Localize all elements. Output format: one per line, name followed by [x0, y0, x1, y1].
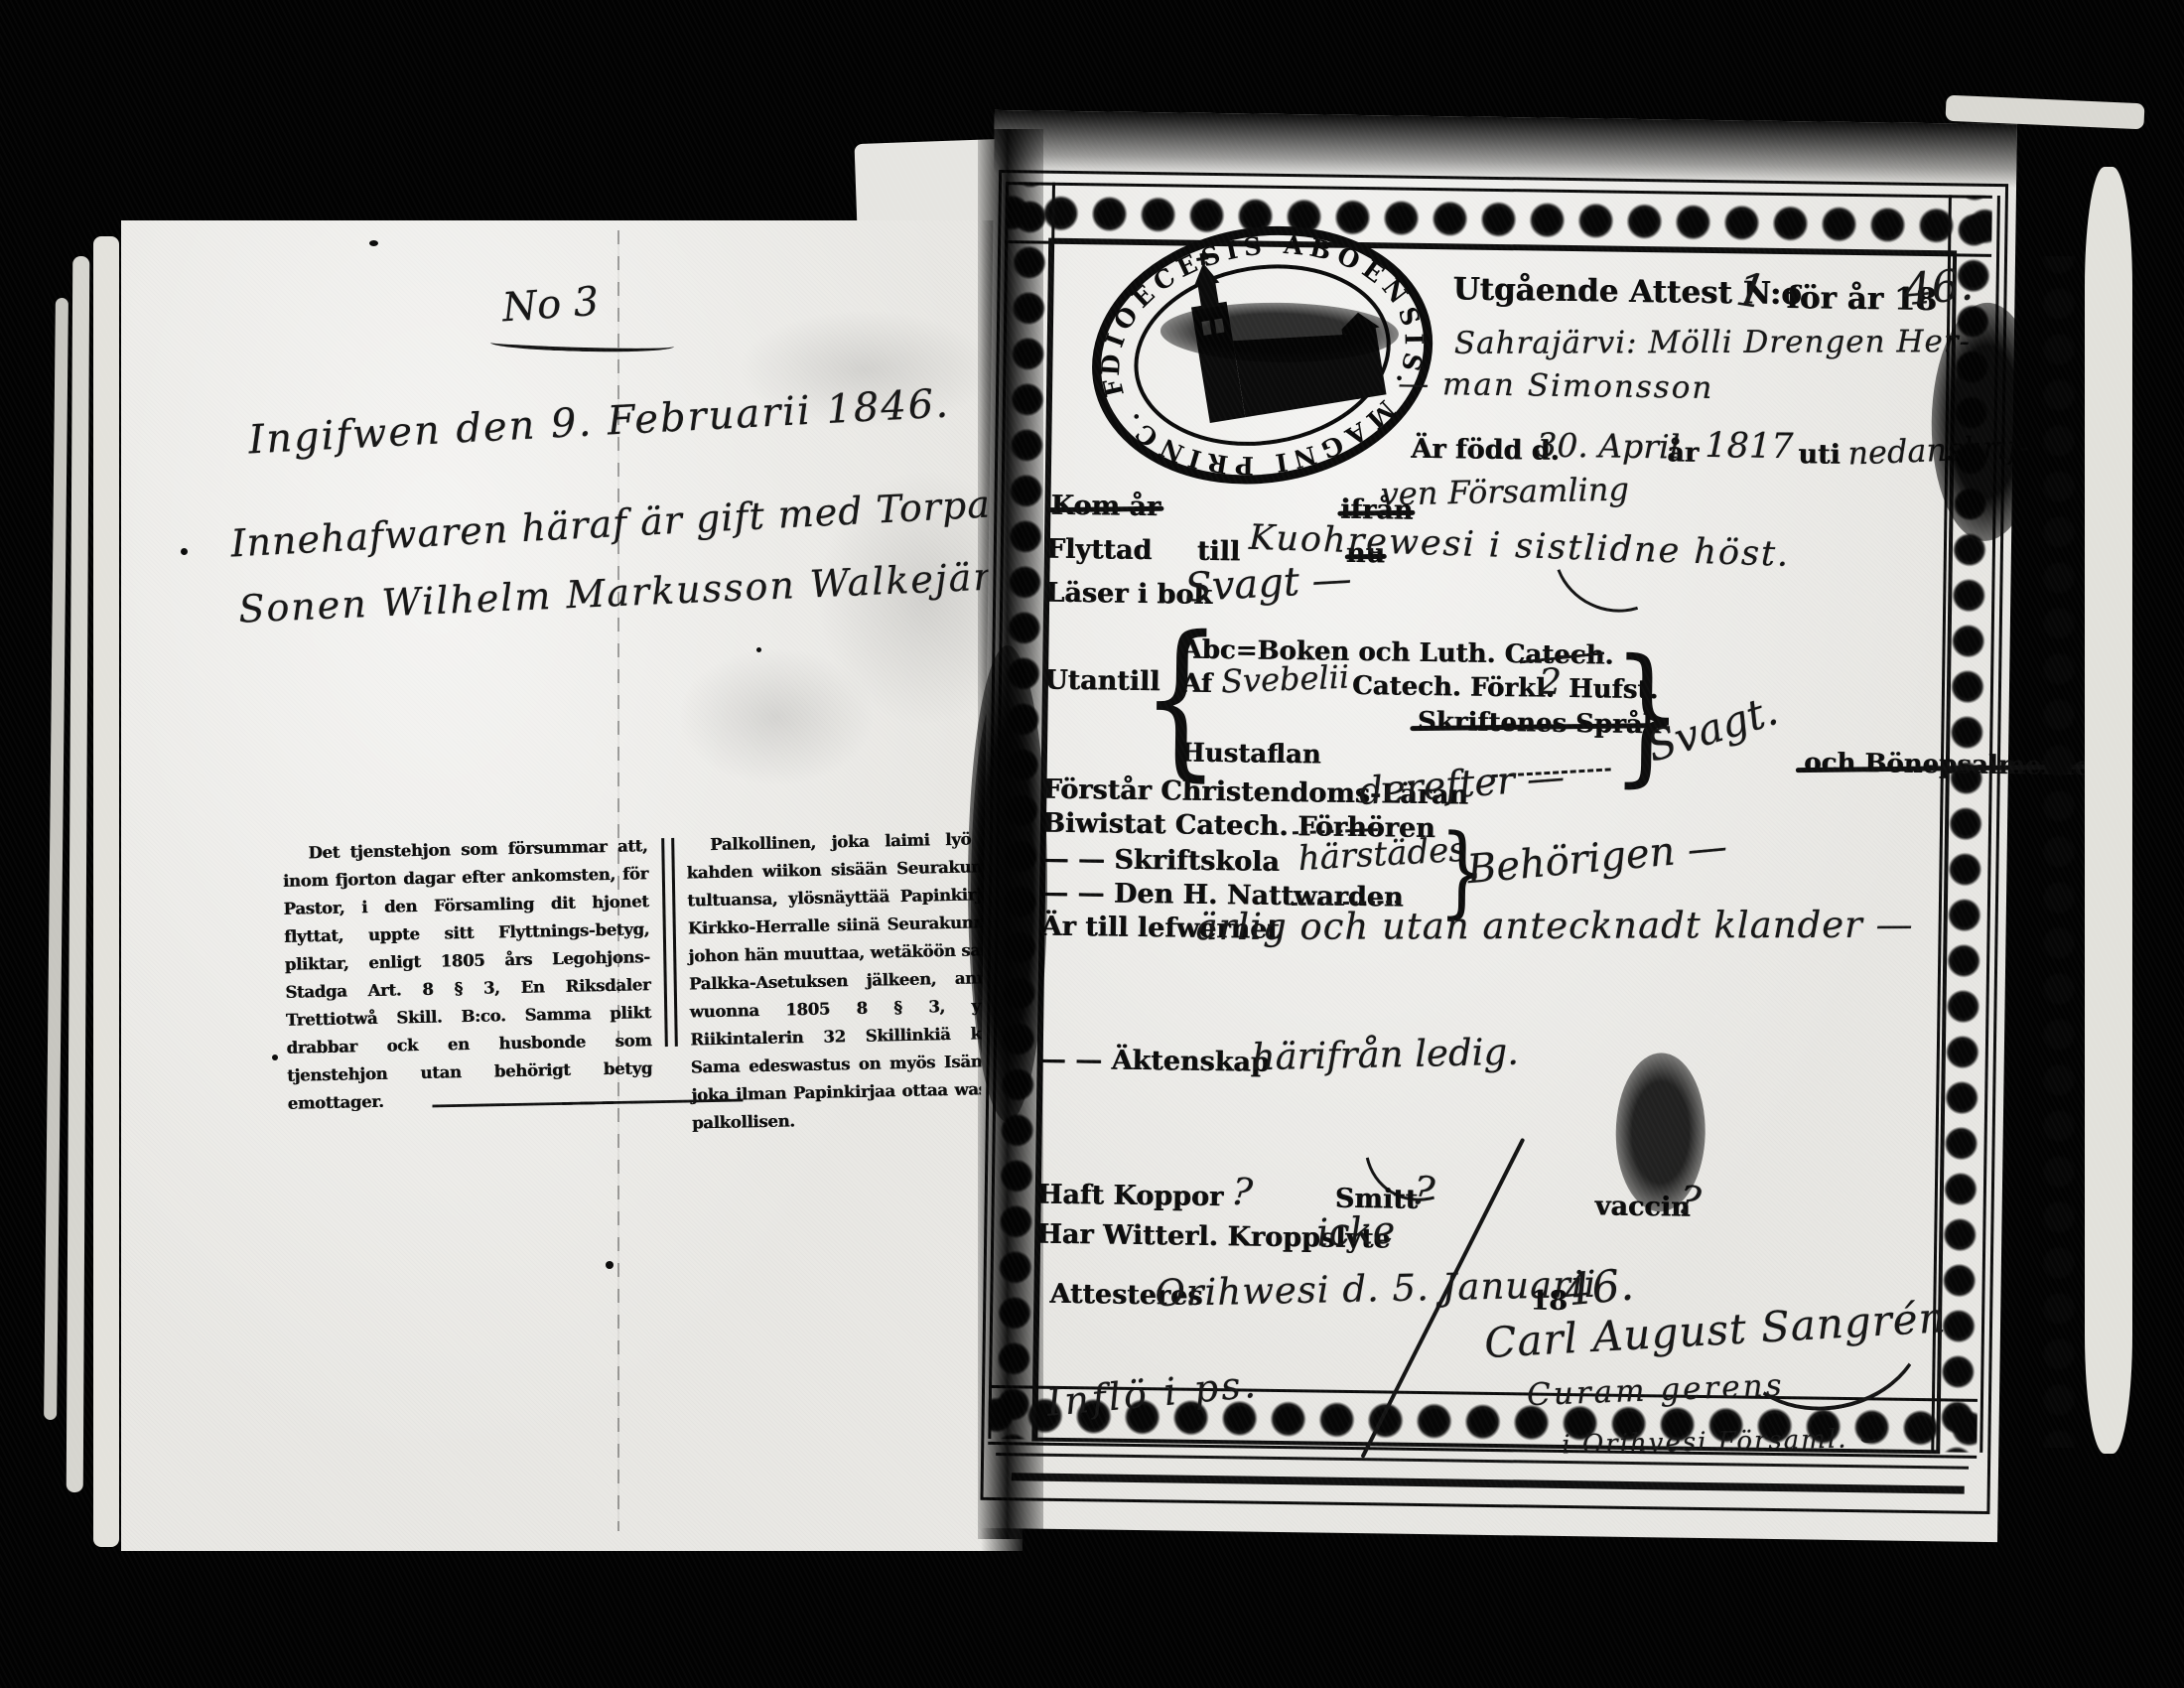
skriftskola-label: — — Skriftskola: [1041, 844, 1280, 878]
forstar-value: derefter —: [1357, 755, 1566, 813]
left-page: No 3 Ingifwen den 9. Februarii 1846. Inn…: [121, 220, 1023, 1551]
record-number: No 3: [501, 279, 601, 332]
ink-speck: [369, 240, 378, 246]
utantill-item2-af: Af: [1181, 669, 1212, 699]
record-number-underline: [490, 335, 674, 354]
book-edge-strip: [67, 256, 90, 1492]
flyttad-label: Flyttad: [1046, 534, 1153, 566]
koppor-label: Haft Koppor: [1037, 1180, 1224, 1213]
attest-18: 18: [1530, 1286, 1568, 1318]
ink-speck: [272, 1055, 278, 1060]
book-scan: No 3 Ingifwen den 9. Februarii 1846. Inn…: [0, 0, 2184, 1688]
certificate-content: DIOECESIS ABOENSIS. MAGNI PRINC. FINL.: [1033, 240, 1947, 1444]
skriftskola-grade: Behörigen —: [1465, 824, 1729, 894]
koppor-value: ?: [1229, 1169, 1254, 1214]
born-year: 1817: [1705, 426, 1794, 467]
addressee-line: — man Simonsson: [1398, 366, 1714, 406]
kroppslyte-value: icke: [1315, 1208, 1396, 1255]
aktenskap-label: — — Äktenskap: [1038, 1045, 1269, 1078]
utantill-item2-count: 2: [1539, 662, 1562, 703]
born-place-label: uti: [1798, 439, 1841, 471]
signature-title: Curam gerens: [1526, 1367, 1785, 1413]
ink-speck: [606, 1261, 614, 1269]
utantill-item2-author: Svebelii: [1220, 658, 1349, 701]
handwritten-note-line: Ingifwen den 9. Februarii 1846.: [247, 381, 951, 464]
utantill-item4: Hustaflan: [1180, 739, 1321, 771]
page-edge-right: [2085, 167, 2132, 1454]
bleedthrough-smudge: [677, 647, 876, 786]
attest-year-handwritten: 46.: [1901, 259, 1975, 316]
addressee-line: Sahrajärvi: Mölli Drengen Her-: [1454, 324, 1971, 361]
column-divider-rule: [661, 838, 678, 1047]
book-edge-strip: [93, 236, 119, 1547]
utantill-item2-rest: Catech. Förkl.: [1352, 671, 1555, 704]
gutter-ink-blob: [968, 645, 1047, 1122]
certificate-page: DIOECESIS ABOENSIS. MAGNI PRINC. FINL.: [975, 110, 2017, 1542]
attest-46: 46.: [1562, 1259, 1635, 1316]
ink-speck: [756, 647, 761, 652]
aktenskap-value: härifrån ledig.: [1251, 1031, 1519, 1079]
born-day: 30. April: [1536, 426, 1680, 467]
born-year-label: år: [1667, 437, 1699, 468]
margin-note: Inflö i ps.: [1044, 1362, 1260, 1425]
lefwernet-value: ärlig och utan antecknadt klander —: [1196, 904, 1914, 949]
book-edge-strip: [44, 298, 68, 1420]
kom-ar-label: Kom år: [1050, 491, 1160, 523]
swedish-notice-column: Det tjenstehjon som försummar att, inom …: [282, 832, 653, 1118]
ink-speck: [181, 548, 188, 555]
rosette-border-underpage: [2037, 256, 2081, 1448]
